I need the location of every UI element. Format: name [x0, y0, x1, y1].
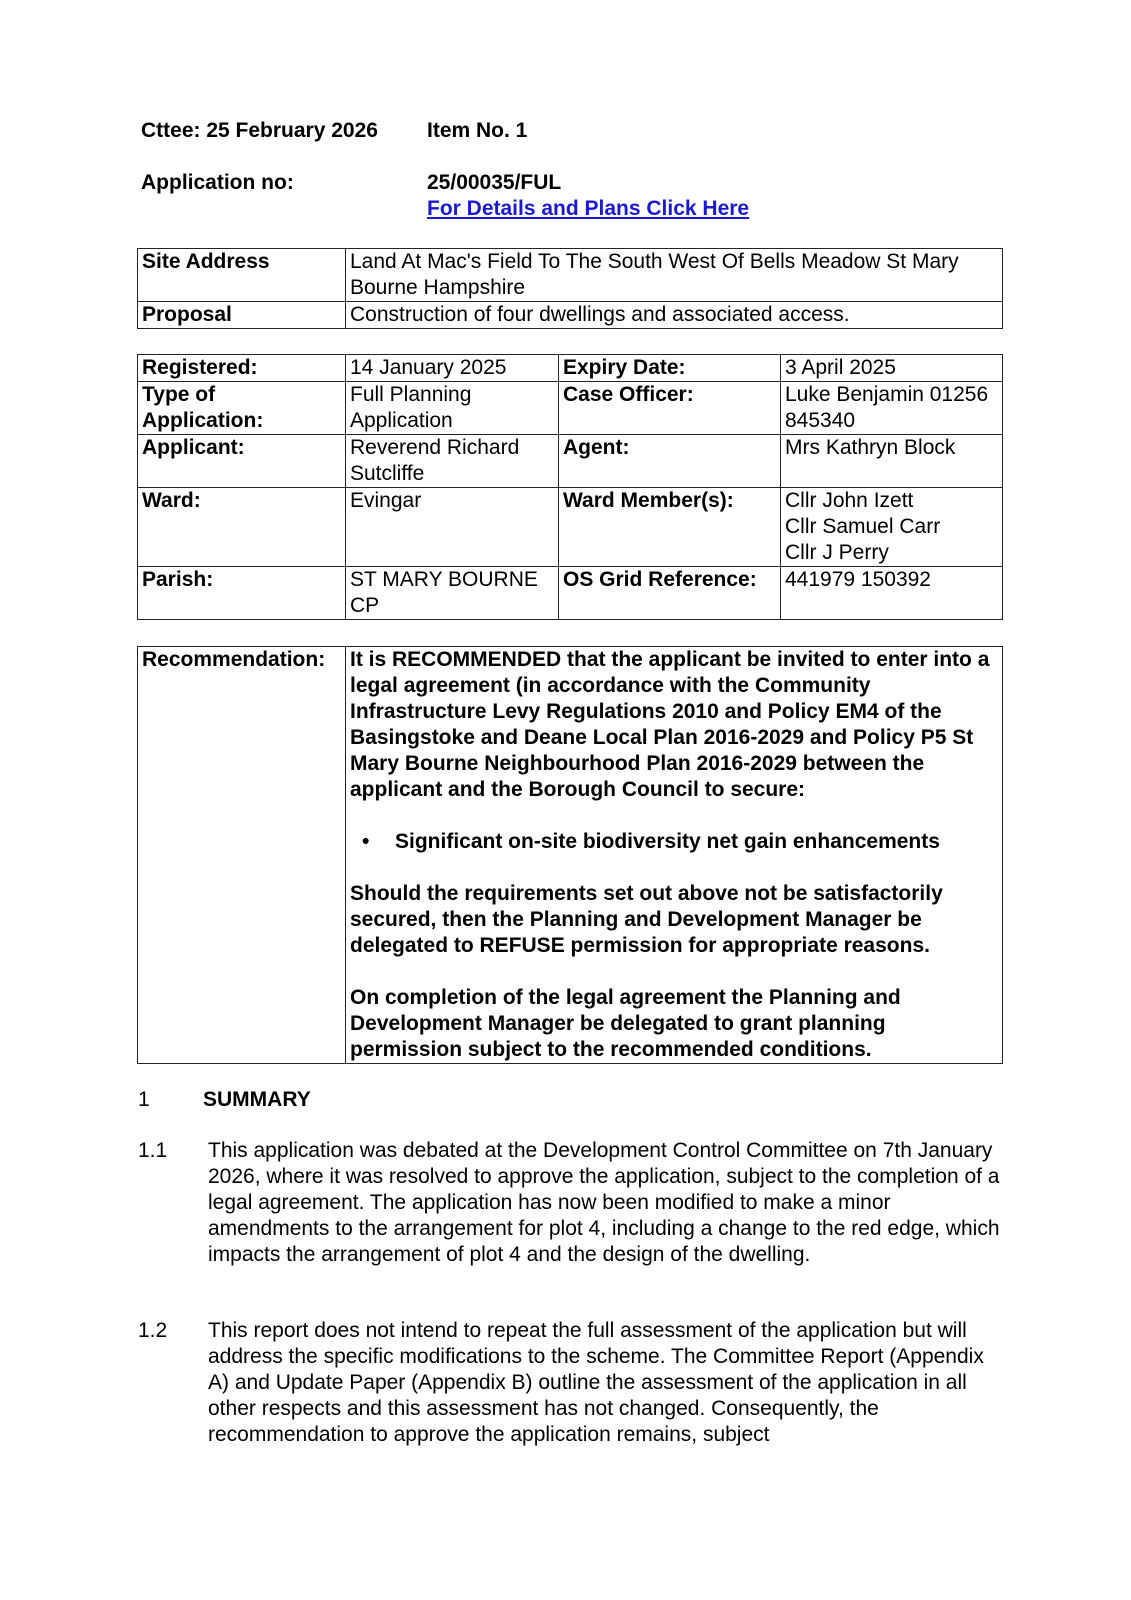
agent-label: Agent:: [559, 435, 781, 488]
table-row: Recommendation: It is RECOMMENDED that t…: [138, 647, 1003, 1064]
table-row: Site Address Land At Mac's Field To The …: [138, 249, 1003, 302]
recommendation-label: Recommendation:: [138, 647, 346, 1064]
registered-value: 14 January 2025: [346, 355, 559, 382]
expiry-date-label: Expiry Date:: [559, 355, 781, 382]
site-table: Site Address Land At Mac's Field To The …: [137, 248, 1003, 329]
ward-member: Cllr Samuel Carr: [785, 514, 998, 540]
parish-label: Parish:: [138, 567, 346, 620]
application-no-value: 25/00035/FUL: [427, 170, 561, 196]
paragraph-text: This application was debated at the Deve…: [208, 1138, 1008, 1268]
committee-date: Cttee: 25 February 2026: [141, 118, 378, 144]
case-officer-label: Case Officer:: [559, 382, 781, 435]
table-row: Applicant: Reverend Richard Sutcliffe Ag…: [138, 435, 1003, 488]
table-row: Type of Application: Full Planning Appli…: [138, 382, 1003, 435]
recommendation-intro: It is RECOMMENDED that the applicant be …: [350, 647, 998, 803]
ward-label: Ward:: [138, 488, 346, 567]
application-no-label: Application no:: [141, 170, 294, 196]
site-address-value: Land At Mac's Field To The South West Of…: [346, 249, 1003, 302]
section-number: 1: [138, 1087, 150, 1113]
paragraph-text: This report does not intend to repeat th…: [208, 1318, 1008, 1448]
details-and-plans-link[interactable]: For Details and Plans Click Here: [427, 196, 749, 222]
paragraph: 1.2 This report does not intend to repea…: [138, 1318, 1008, 1448]
bullet-icon: •: [362, 829, 395, 855]
bullet-text: Significant on-site biodiversity net gai…: [395, 829, 940, 855]
table-row: Proposal Construction of four dwellings …: [138, 302, 1003, 329]
ward-member: Cllr John Izett: [785, 488, 998, 514]
list-item: • Significant on-site biodiversity net g…: [350, 829, 998, 855]
table-row: Registered: 14 January 2025 Expiry Date:…: [138, 355, 1003, 382]
registered-label: Registered:: [138, 355, 346, 382]
item-number: Item No. 1: [427, 118, 527, 144]
os-grid-reference-value: 441979 150392: [781, 567, 1003, 620]
paragraph-number: 1.1: [138, 1138, 167, 1164]
grant-text: On completion of the legal agreement the…: [350, 985, 998, 1063]
application-type-value: Full Planning Application: [346, 382, 559, 435]
application-type-label: Type of Application:: [138, 382, 346, 435]
applicant-value: Reverend Richard Sutcliffe: [346, 435, 559, 488]
refuse-text: Should the requirements set out above no…: [350, 881, 998, 959]
agent-value: Mrs Kathryn Block: [781, 435, 1003, 488]
recommendation-text: It is RECOMMENDED that the applicant be …: [346, 647, 1003, 1064]
table-row: Ward: Evingar Ward Member(s): Cllr John …: [138, 488, 1003, 567]
details-table: Registered: 14 January 2025 Expiry Date:…: [137, 354, 1003, 620]
os-grid-reference-label: OS Grid Reference:: [559, 567, 781, 620]
expiry-date-value: 3 April 2025: [781, 355, 1003, 382]
applicant-label: Applicant:: [138, 435, 346, 488]
paragraph-number: 1.2: [138, 1318, 167, 1344]
ward-members-label: Ward Member(s):: [559, 488, 781, 567]
section-title: SUMMARY: [203, 1087, 311, 1113]
proposal-label: Proposal: [138, 302, 346, 329]
case-officer-value: Luke Benjamin 01256 845340: [781, 382, 1003, 435]
ward-members-value: Cllr John Izett Cllr Samuel Carr Cllr J …: [781, 488, 1003, 567]
recommendation-table: Recommendation: It is RECOMMENDED that t…: [137, 646, 1003, 1064]
document-page: Cttee: 25 February 2026 Item No. 1 Appli…: [0, 0, 1131, 1600]
ward-member: Cllr J Perry: [785, 540, 998, 566]
paragraph: 1.1 This application was debated at the …: [138, 1138, 1008, 1268]
site-address-label: Site Address: [138, 249, 346, 302]
parish-value: ST MARY BOURNE CP: [346, 567, 559, 620]
ward-value: Evingar: [346, 488, 559, 567]
proposal-value: Construction of four dwellings and assoc…: [346, 302, 1003, 329]
table-row: Parish: ST MARY BOURNE CP OS Grid Refere…: [138, 567, 1003, 620]
